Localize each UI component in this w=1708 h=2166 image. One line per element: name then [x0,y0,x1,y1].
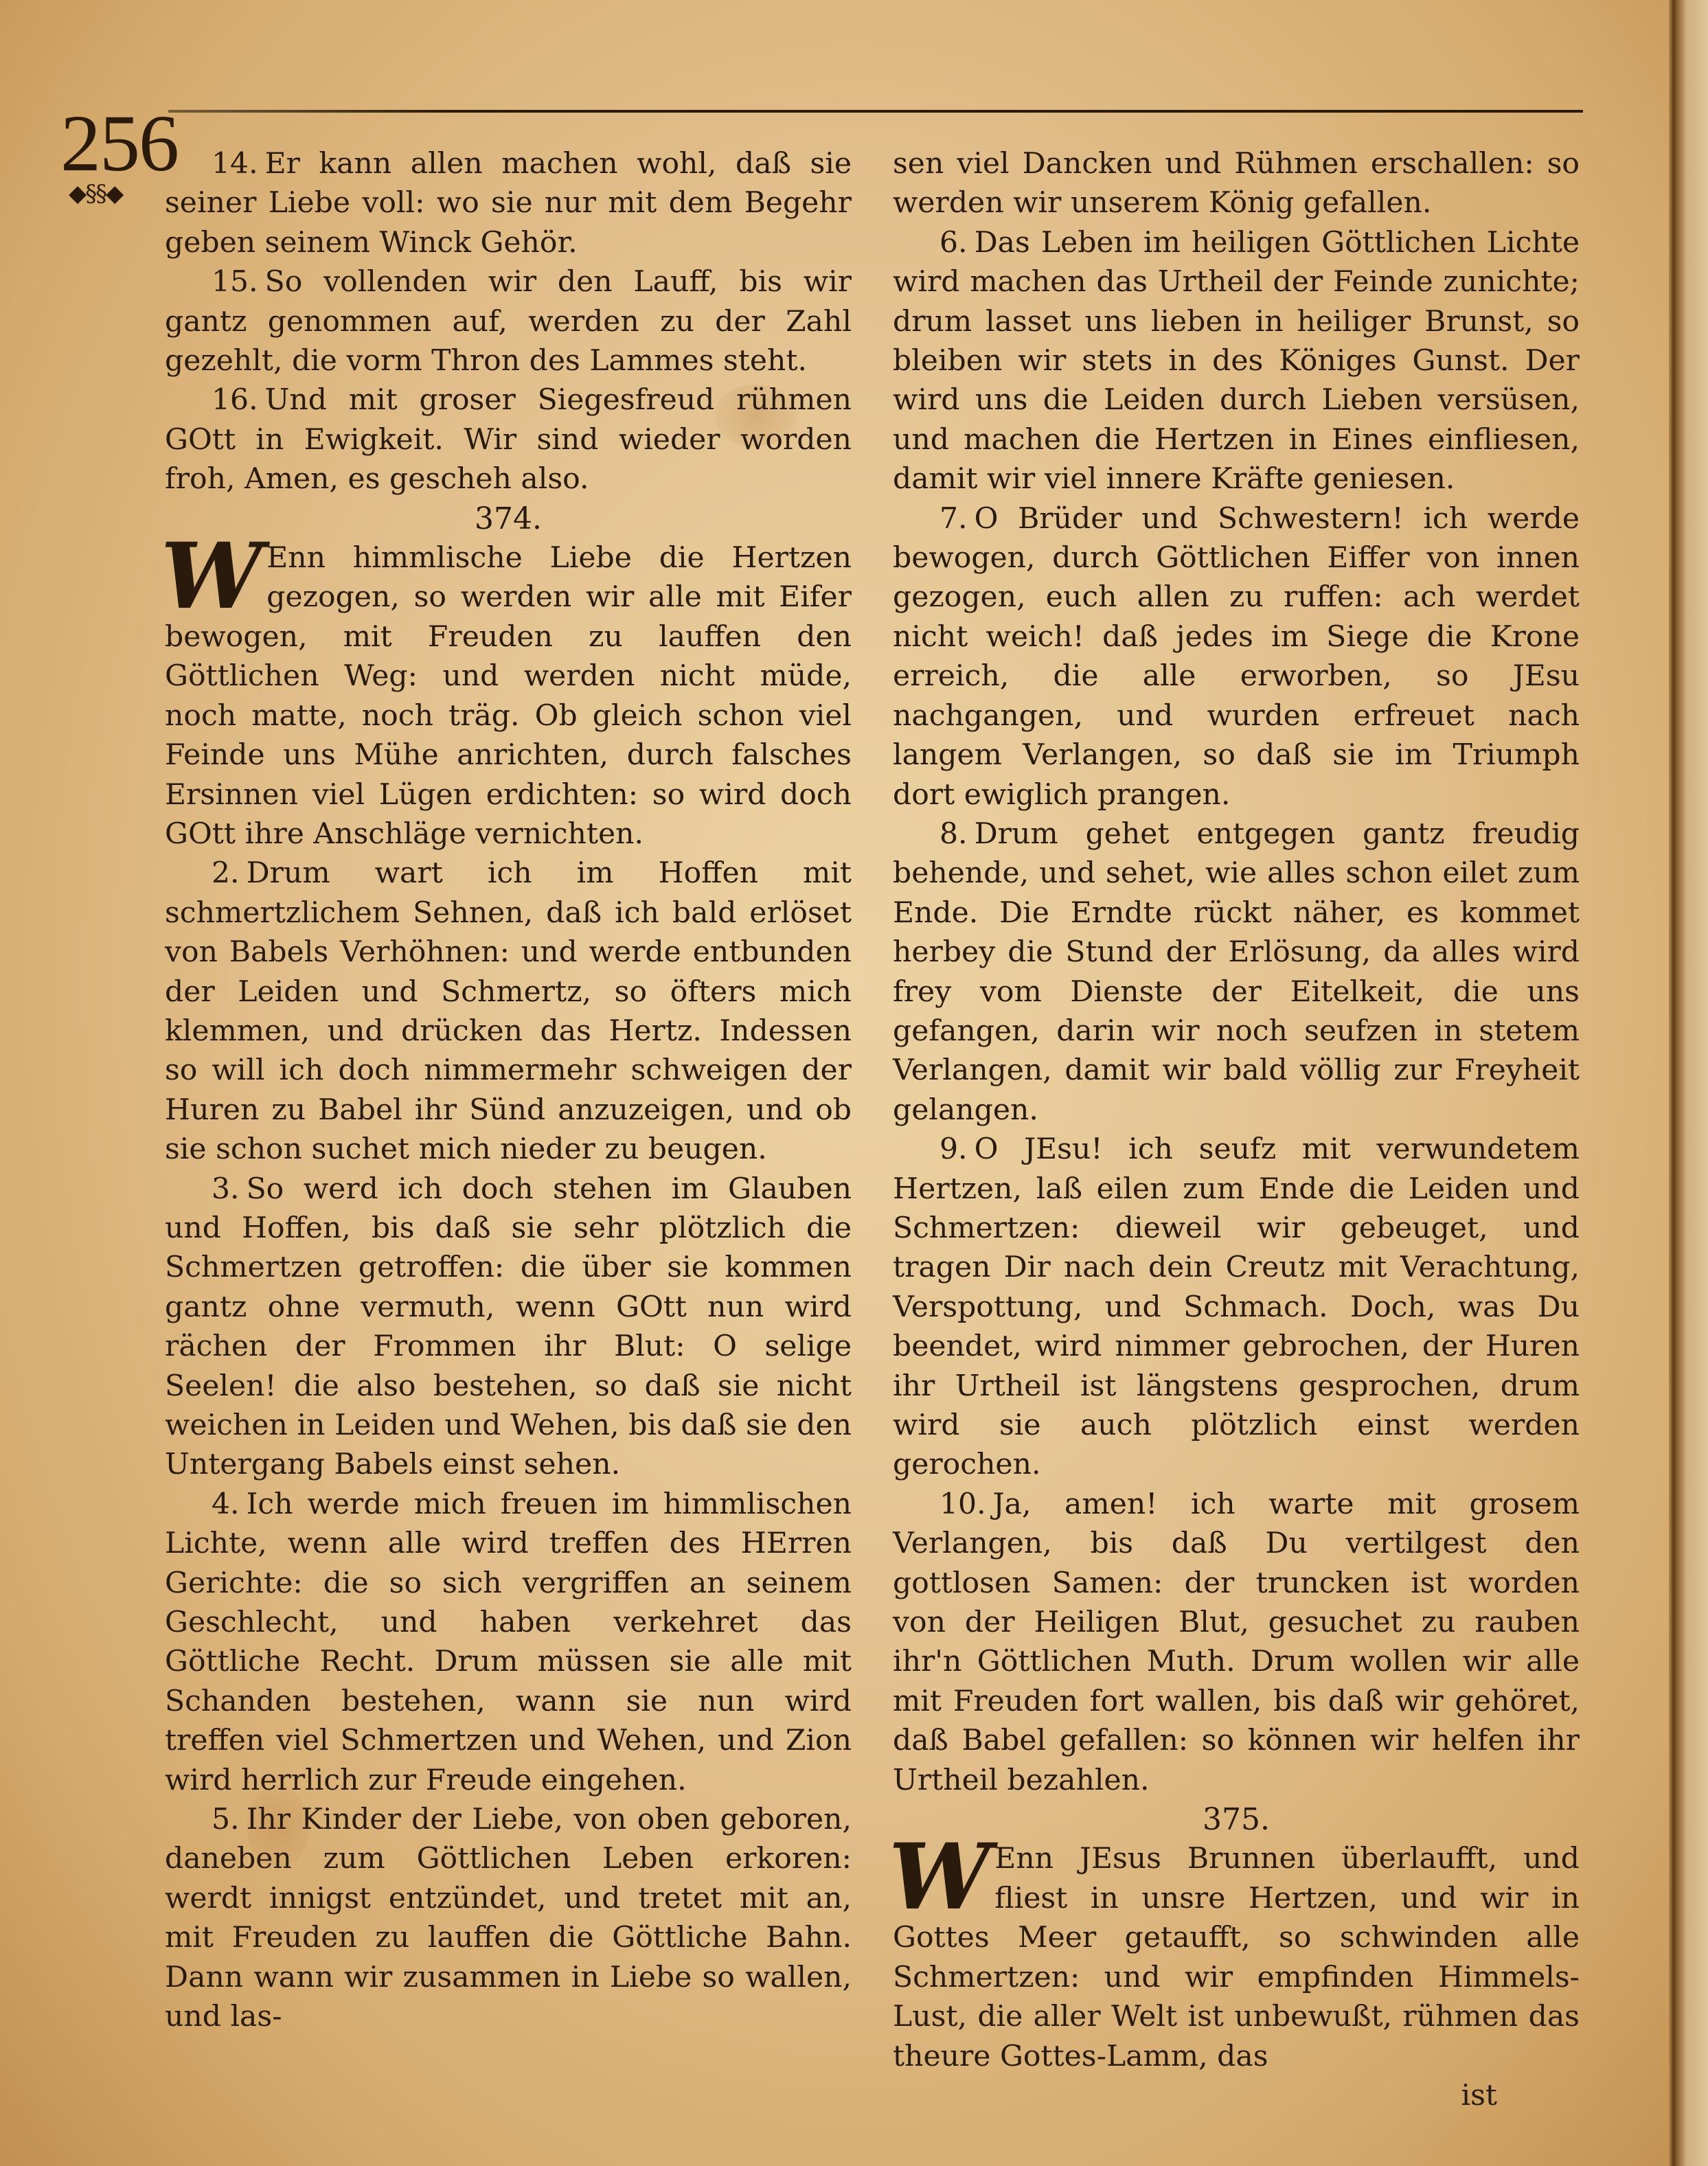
drop-cap: W [889,1842,990,1913]
scanned-page: 256 ◆§§◆ 14.Er kann allen machen wohl, d… [0,0,1708,2166]
hymn-374-verse-3: 3.So werd ich doch stehen im Glauben und… [165,1170,852,1485]
hymn-number-374: 374. [165,499,852,538]
hymn-374-verse-5-continued: sen viel Dancken und Rühmen erschallen: … [893,144,1580,223]
drop-cap: W [161,541,262,613]
right-column: sen viel Dancken und Rühmen erschallen: … [893,144,1580,2115]
hymn-374-verse-4: 4.Ich werde mich freuen im himmlischen L… [165,1485,852,1800]
hymn-375-first-verse: WEnn JEsus Brunnen überlaufft, und flies… [893,1839,1580,2075]
hymn-374-verse-5: 5.Ihr Kinder der Liebe, von oben geboren… [165,1800,852,2036]
header-rule [168,110,1583,113]
verse-16: 16.Und mit groser Siegesfreud rühmen GOt… [165,380,852,499]
verse-15: 15.So vollenden wir den Lauff, bis wir g… [165,262,852,380]
hymn-374-verse-6: 6.Das Leben im heiligen Göttlichen Licht… [893,223,1580,499]
printer-ornament-icon: ◆§§◆ [69,180,122,207]
verse-14: 14.Er kann allen machen wohl, daß sie se… [165,144,852,262]
hymn-374-verse-10: 10.Ja, amen! ich warte mit grosem Verlan… [893,1485,1580,1800]
hymn-374-first-verse: WEnn himmlische Liebe die Hertzen gezoge… [165,538,852,854]
book-spine-shadow [1669,0,1708,2166]
hymn-374-verse-8: 8.Drum gehet entgegen gantz freudig behe… [893,814,1580,1130]
hymn-374-verse-7: 7.O Brüder und Schwestern! ich werde bew… [893,499,1580,814]
hymn-374-verse-2: 2.Drum wart ich im Hoffen mit schmertzli… [165,854,852,1169]
hymn-number-375: 375. [893,1800,1580,1839]
catchword: ist [893,2076,1580,2115]
left-column: 14.Er kann allen machen wohl, daß sie se… [165,144,852,2037]
page-number: 256 [60,103,178,184]
hymn-374-verse-9: 9.O JEsu! ich seufz mit verwundetem Hert… [893,1130,1580,1485]
